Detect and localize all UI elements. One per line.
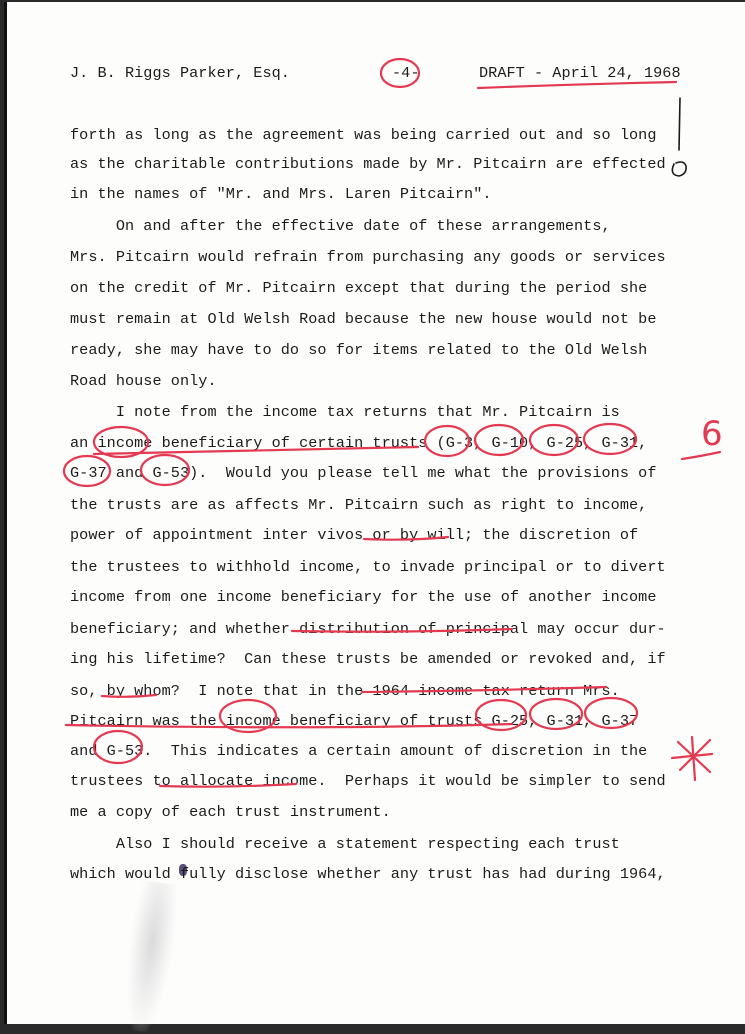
asterisk-mark <box>672 737 712 780</box>
handwritten-annotations <box>0 0 745 1024</box>
margin-zero-mark <box>672 162 686 176</box>
g37-circle <box>64 456 110 486</box>
g53-circle <box>141 455 189 485</box>
g25-circle <box>530 425 578 455</box>
margin-vertical-line <box>679 98 680 150</box>
draft-date-underline <box>478 82 676 88</box>
g31-circle <box>584 424 636 454</box>
page-number-circle <box>381 59 419 87</box>
six-underline <box>682 452 720 459</box>
g31-circle-2 <box>530 699 582 729</box>
g10-circle <box>475 425 523 455</box>
g53-circle-2 <box>94 731 142 763</box>
g3-circle <box>425 426 469 456</box>
g37-circle-2 <box>585 698 637 728</box>
